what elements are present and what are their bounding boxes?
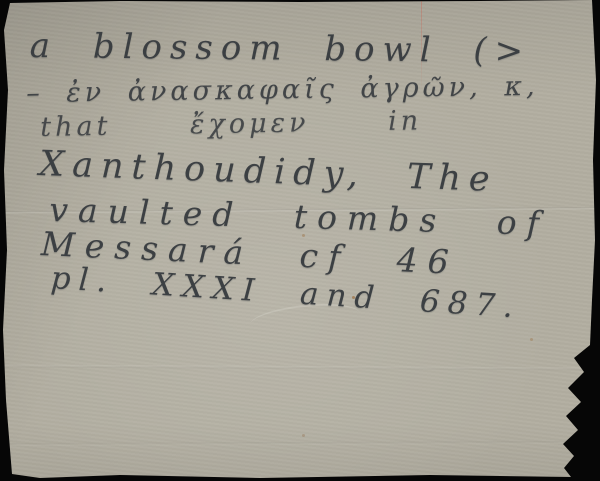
scanned-note-image: a blossom bowl (> – ἐν ἀνασκαφαῖς ἀγρῶν,… <box>0 0 600 481</box>
paper-crease <box>0 441 600 446</box>
handwriting-line-2: – ἐν ἀνασκαφαῖς ἀγρῶν, κ, <box>26 71 539 109</box>
handwriting-line-3: that ἔχομεν in <box>40 105 422 143</box>
paper-crease <box>0 364 600 370</box>
handwriting-line-1: a blossom bowl (> <box>30 26 532 71</box>
note-paper: a blossom bowl (> – ἐν ἀνασκαφαῖς ἀγρῶν,… <box>0 0 600 481</box>
